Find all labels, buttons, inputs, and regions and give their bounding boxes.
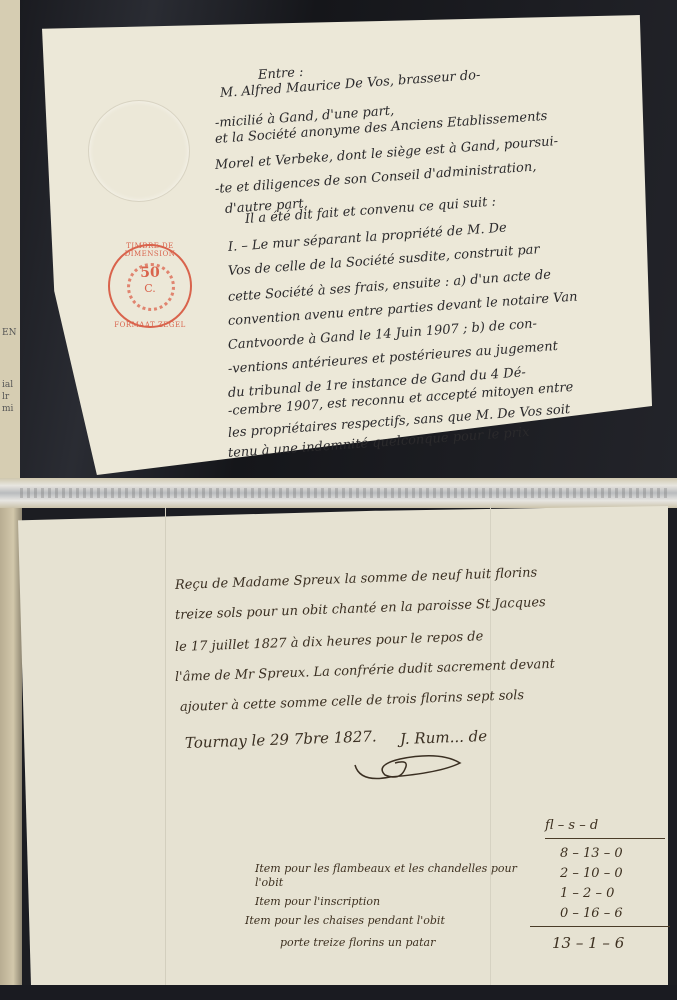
ledger-total-label: porte treize florins un patar <box>280 936 435 949</box>
ledger-total-value: 13 – 1 – 6 <box>552 934 624 952</box>
ledger-header: fl – s – d <box>545 818 598 833</box>
ledger-header-rule <box>545 838 665 839</box>
album-bottom-edge <box>0 985 677 1000</box>
ledger-label: Item pour les chaises pendant l'obit <box>245 914 445 927</box>
underlying-text: mi <box>2 404 13 414</box>
stamp-top-text: TIMBRE DE DIMENSION <box>104 242 196 258</box>
underlying-text: EN <box>2 328 16 338</box>
stamp-value: 50 <box>110 266 190 280</box>
stamp-unit: C. <box>110 282 190 295</box>
stamp-bottom-text: FORMAAT ZEGEL <box>104 321 196 329</box>
ledger-value: 8 – 13 – 0 <box>560 846 623 861</box>
ledger-label: Item pour les flambeaux et les chandelle… <box>255 862 545 890</box>
embossed-seal-icon <box>88 100 190 202</box>
ledger-label: Item pour l'inscription <box>255 895 380 908</box>
ledger-value: 2 – 10 – 0 <box>560 866 623 881</box>
ledger-total-rule <box>530 926 670 927</box>
ledger-value: 1 – 2 – 0 <box>560 886 614 901</box>
underlying-text: lr <box>2 392 9 402</box>
paper-fold-line <box>165 506 166 986</box>
ledger-value: 0 – 16 – 6 <box>560 906 623 921</box>
tax-stamp: TIMBRE DE DIMENSION 50 C. FORMAAT ZEGEL <box>108 244 192 328</box>
plastic-sleeve-binding-strip <box>0 478 677 508</box>
signature-flourish-icon <box>350 745 470 785</box>
underlying-text: ial <box>2 380 13 390</box>
